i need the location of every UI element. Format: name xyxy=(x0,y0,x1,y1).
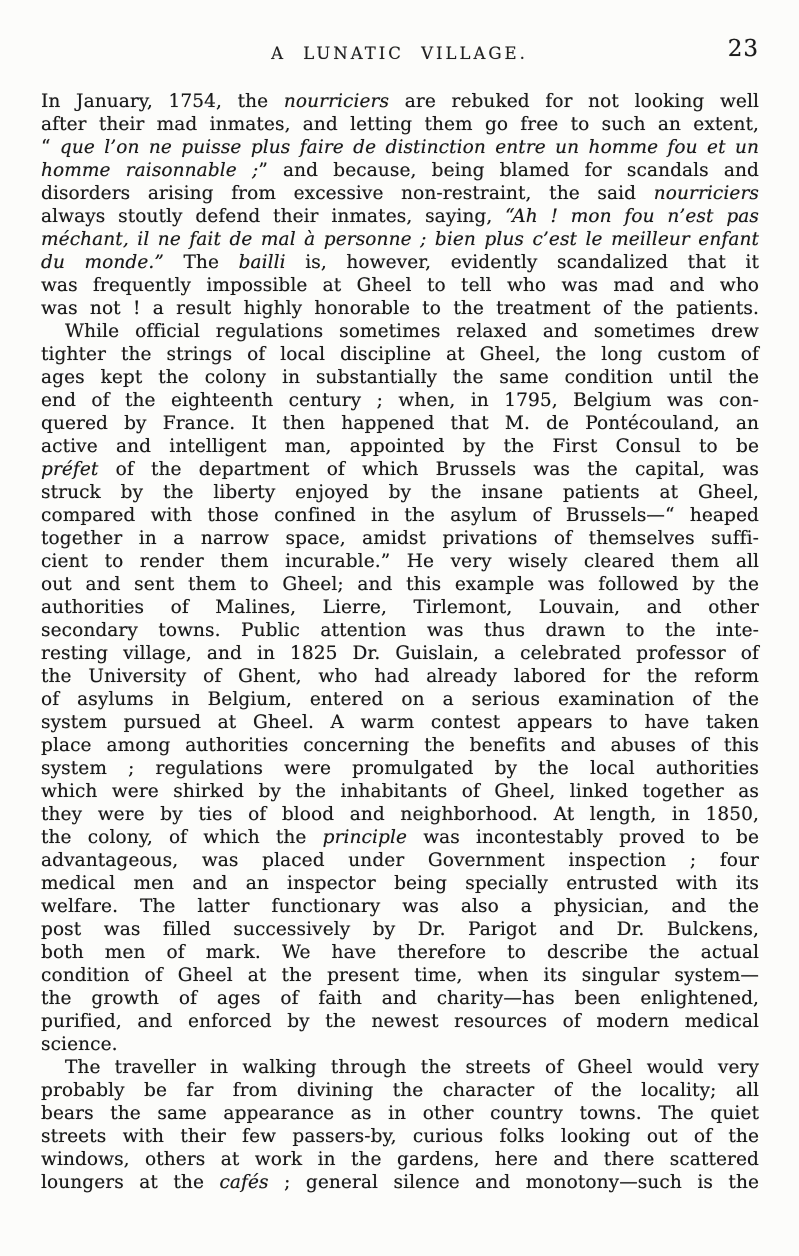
text-run: ; general silence and monotony—such is t… xyxy=(269,1172,759,1193)
text-run: bears the same appearance as in other co… xyxy=(41,1103,759,1124)
italic-text-run: “Ah ! mon fou n’est pas xyxy=(505,206,759,227)
text-line: compared with those confined in the asyl… xyxy=(41,504,759,527)
text-run: which were shirked by the inhabitants of… xyxy=(41,781,759,802)
text-line: purified, and enforced by the newest res… xyxy=(41,1010,759,1033)
text-line: windows, others at work in the gardens, … xyxy=(41,1148,759,1171)
text-run: together in a narrow space, amidst priva… xyxy=(41,528,759,549)
text-run: welfare. The latter functionary was also… xyxy=(41,896,759,917)
text-run: they were by ties of blood and neighborh… xyxy=(41,804,759,825)
text-line: always stoutly defend their inmates, say… xyxy=(41,205,759,228)
text-run: The xyxy=(164,252,239,273)
text-run: system ; regulations were promulgated by… xyxy=(41,758,759,779)
text-run: post was filled successively by Dr. Pari… xyxy=(41,919,759,940)
text-run: the University of Ghent, who had already… xyxy=(41,666,759,687)
text-run: loungers at the xyxy=(41,1172,219,1193)
italic-text-run: homme raisonnable ; xyxy=(41,160,258,181)
text-run: windows, others at work in the gardens, … xyxy=(41,1149,759,1170)
italic-text-run: nourriciers xyxy=(654,183,759,204)
text-run: the colony, of which the xyxy=(41,827,323,848)
text-line: streets with their few passers-by, curio… xyxy=(41,1125,759,1148)
text-run: purified, and enforced by the newest res… xyxy=(41,1011,759,1032)
text-run: science. xyxy=(41,1034,118,1055)
text-line: secondary towns. Public attention was th… xyxy=(41,619,759,642)
text-line: The traveller in walking through the str… xyxy=(41,1056,759,1079)
text-run: place among authorities concerning the b… xyxy=(41,735,759,756)
text-line: probably be far from divining the charac… xyxy=(41,1079,759,1102)
italic-text-run: du monde.” xyxy=(41,252,164,273)
page-header: A LUNATIC VILLAGE. 23 xyxy=(0,0,799,70)
text-line: was not ! a result highly honorable to t… xyxy=(41,297,759,320)
text-run: active and intelligent man, appointed by… xyxy=(41,436,759,457)
text-line: loungers at the cafés ; general silence … xyxy=(41,1171,759,1194)
text-line: science. xyxy=(41,1033,759,1056)
text-line: quered by France. It then happened that … xyxy=(41,412,759,435)
text-line: authorities of Malines, Lierre, Tirlemon… xyxy=(41,596,759,619)
text-line: préfet of the department of which Brusse… xyxy=(41,458,759,481)
text-line: advantageous, was placed under Governmen… xyxy=(41,849,759,872)
text-line: they were by ties of blood and neighborh… xyxy=(41,803,759,826)
text-line: place among authorities concerning the b… xyxy=(41,734,759,757)
text-run: system pursued at Gheel. A warm contest … xyxy=(41,712,759,733)
text-run: cient to render them incurable.” He very… xyxy=(41,551,759,572)
text-run: secondary towns. Public attention was th… xyxy=(41,620,759,641)
text-run: always stoutly defend their inmates, say… xyxy=(41,206,505,227)
italic-text-run: cafés xyxy=(219,1172,268,1193)
text-line: In January, 1754, the nourriciers are re… xyxy=(41,90,759,113)
text-run: tighter the strings of local discipline … xyxy=(41,344,759,365)
text-line: disorders arising from excessive non-res… xyxy=(41,182,759,205)
text-run: was frequently impossible at Gheel to te… xyxy=(41,275,759,296)
text-run: are rebuked for not looking well xyxy=(389,91,759,112)
text-run: ages kept the colony in substantially th… xyxy=(41,367,759,388)
italic-text-run: bailli xyxy=(239,252,286,273)
text-line: both men of mark. We have therefore to d… xyxy=(41,941,759,964)
text-run: resting village, and in 1825 Dr. Guislai… xyxy=(41,643,759,664)
text-line: struck by the liberty enjoyed by the ins… xyxy=(41,481,759,504)
text-line: together in a narrow space, amidst priva… xyxy=(41,527,759,550)
text-line: the University of Ghent, who had already… xyxy=(41,665,759,688)
text-line: was frequently impossible at Gheel to te… xyxy=(41,274,759,297)
text-run: end of the eighteenth century ; when, in… xyxy=(41,390,759,411)
text-run: is, however, evidently scandalized that … xyxy=(286,252,759,273)
italic-text-run: méchant, il ne fait de mal à personne ; … xyxy=(41,229,759,250)
text-run: compared with those confined in the asyl… xyxy=(41,505,759,526)
text-run: of the department of which Brussels was … xyxy=(98,459,759,480)
text-run: quered by France. It then happened that … xyxy=(41,413,759,434)
text-run: medical men and an inspector being speci… xyxy=(41,873,759,894)
text-run: probably be far from divining the charac… xyxy=(41,1080,759,1101)
text-line: ages kept the colony in substantially th… xyxy=(41,366,759,389)
text-line: the colony, of which the principle was i… xyxy=(41,826,759,849)
page-body: In January, 1754, the nourriciers are re… xyxy=(41,90,759,1194)
text-line: after their mad inmates, and letting the… xyxy=(41,113,759,136)
text-line: out and sent them to Gheel; and this exa… xyxy=(41,573,759,596)
text-run: While official regulations sometimes rel… xyxy=(65,321,759,342)
text-line: “ que l’on ne puisse plus faire de disti… xyxy=(41,136,759,159)
italic-text-run: nourriciers xyxy=(284,91,389,112)
text-run: after their mad inmates, and letting the… xyxy=(41,114,759,135)
text-run: ” and because, being blamed for scandals… xyxy=(258,160,759,181)
text-run: was not ! a result highly honorable to t… xyxy=(41,298,759,319)
text-run: “ xyxy=(41,137,60,158)
text-line: resting village, and in 1825 Dr. Guislai… xyxy=(41,642,759,665)
text-line: bears the same appearance as in other co… xyxy=(41,1102,759,1125)
italic-text-run: principle xyxy=(323,827,407,848)
text-run: In January, 1754, the xyxy=(41,91,284,112)
text-run: The traveller in walking through the str… xyxy=(65,1057,759,1078)
text-line: du monde.” The bailli is, however, evide… xyxy=(41,251,759,274)
text-run: out and sent them to Gheel; and this exa… xyxy=(41,574,759,595)
text-line: méchant, il ne fait de mal à personne ; … xyxy=(41,228,759,251)
text-run: advantageous, was placed under Governmen… xyxy=(41,850,759,871)
text-line: system ; regulations were promulgated by… xyxy=(41,757,759,780)
text-run: the growth of ages of faith and charity—… xyxy=(41,988,759,1009)
text-line: medical men and an inspector being speci… xyxy=(41,872,759,895)
text-line: which were shirked by the inhabitants of… xyxy=(41,780,759,803)
text-line: post was filled successively by Dr. Pari… xyxy=(41,918,759,941)
text-line: homme raisonnable ;” and because, being … xyxy=(41,159,759,182)
text-line: end of the eighteenth century ; when, in… xyxy=(41,389,759,412)
italic-text-run: préfet xyxy=(41,459,98,480)
text-line: cient to render them incurable.” He very… xyxy=(41,550,759,573)
text-line: system pursued at Gheel. A warm contest … xyxy=(41,711,759,734)
text-line: of asylums in Belgium, entered on a seri… xyxy=(41,688,759,711)
text-line: the growth of ages of faith and charity—… xyxy=(41,987,759,1010)
text-run: both men of mark. We have therefore to d… xyxy=(41,942,759,963)
text-run: disorders arising from excessive non-res… xyxy=(41,183,654,204)
text-run: struck by the liberty enjoyed by the ins… xyxy=(41,482,759,503)
text-run: of asylums in Belgium, entered on a seri… xyxy=(41,689,759,710)
text-line: While official regulations sometimes rel… xyxy=(41,320,759,343)
text-run: streets with their few passers-by, curio… xyxy=(41,1126,759,1147)
text-line: welfare. The latter functionary was also… xyxy=(41,895,759,918)
italic-text-run: que l’on ne puisse plus faire de distinc… xyxy=(60,137,759,158)
text-run: authorities of Malines, Lierre, Tirlemon… xyxy=(41,597,759,618)
text-line: condition of Gheel at the present time, … xyxy=(41,964,759,987)
text-run: was incontestably proved to be xyxy=(407,827,759,848)
text-line: active and intelligent man, appointed by… xyxy=(41,435,759,458)
page-number: 23 xyxy=(728,36,759,62)
text-line: tighter the strings of local discipline … xyxy=(41,343,759,366)
running-title: A LUNATIC VILLAGE. xyxy=(0,44,799,63)
text-run: condition of Gheel at the present time, … xyxy=(41,965,759,986)
